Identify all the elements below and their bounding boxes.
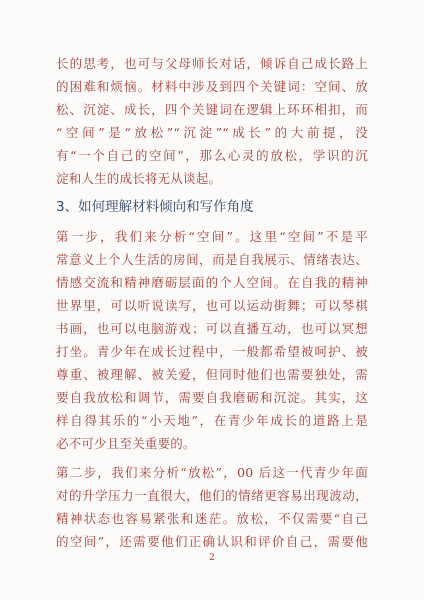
text-line: 有“一个自己的空间”，那么心灵的放松，学识的沉 bbox=[56, 144, 368, 167]
section-heading: 3、如何理解材料倾向和写作角度 bbox=[56, 196, 368, 219]
page-canvas: 长的思考，也可与父母师长对话，倾诉自己成长路上的困难和烦恼。材料中涉及到四个关键… bbox=[0, 0, 424, 600]
text-line: 松、沉淀、成长，四个关键词在逻辑上环环相扣，而 bbox=[56, 98, 368, 121]
paragraph-3: 第二步，我们来分析“放松”，00 后这一代青少年面对的升学压力一直很大，他们的情… bbox=[56, 461, 368, 553]
text-line: 尊重、被理解、被关爱，但同时他们也需要独处，需 bbox=[56, 363, 368, 386]
text-line: 长的思考，也可与父母师长对话，倾诉自己成长路上 bbox=[56, 52, 368, 75]
text-line: 世界里，可以听说读写，也可以运动街舞；可以琴棋 bbox=[56, 294, 368, 317]
paragraph-2: 第一步，我们来分析“空间”。这里“空间”不是平常意义上个人生活的房间，而是自我展… bbox=[56, 225, 368, 455]
text-line: 必不可少且至关重要的。 bbox=[56, 432, 368, 455]
text-line: 书画，也可以电脑游戏；可以直播互动，也可以冥想 bbox=[56, 317, 368, 340]
document-page: { "colors": { "background": "#fcfbfa", "… bbox=[0, 0, 424, 600]
page-content: 长的思考，也可与父母师长对话，倾诉自己成长路上的困难和烦恼。材料中涉及到四个关键… bbox=[56, 52, 368, 559]
text-line: 打坐。青少年在成长过程中，一般都希望被呵护、被 bbox=[56, 340, 368, 363]
text-line: 情感交流和精神磨砺层面的个人空间。在自我的精神 bbox=[56, 271, 368, 294]
text-line: 要自我放松和调节，需要自我磨砺和沉淀。其实，这 bbox=[56, 386, 368, 409]
text-line: 第一步，我们来分析“空间”。这里“空间”不是平 bbox=[56, 225, 368, 248]
text-line: 常意义上个人生活的房间，而是自我展示、情绪表达、 bbox=[56, 248, 368, 271]
text-line: 淀和人生的成长将无从谈起。 bbox=[56, 167, 368, 190]
text-line: 第二步，我们来分析“放松”，00 后这一代青少年面 bbox=[56, 461, 368, 484]
text-line: 的困难和烦恼。材料中涉及到四个关键词：空间、放 bbox=[56, 75, 368, 98]
text-line: 的空间”，还需要他们正确认识和评价自己，需要他 bbox=[56, 530, 368, 553]
text-line: 对的升学压力一直很大，他们的情绪更容易出现波动， bbox=[56, 484, 368, 507]
text-line: 精神状态也容易紧张和迷茫。放松，不仅需要“自己 bbox=[56, 507, 368, 530]
paragraph-1: 长的思考，也可与父母师长对话，倾诉自己成长路上的困难和烦恼。材料中涉及到四个关键… bbox=[56, 52, 368, 190]
text-line: “空间”是“放松”“沉淀”“成长”的大前提，没 bbox=[56, 121, 368, 144]
text-line: 样自得其乐的“小天地”，在青少年成长的道路上是 bbox=[56, 409, 368, 432]
page-number: 2 bbox=[0, 551, 424, 565]
